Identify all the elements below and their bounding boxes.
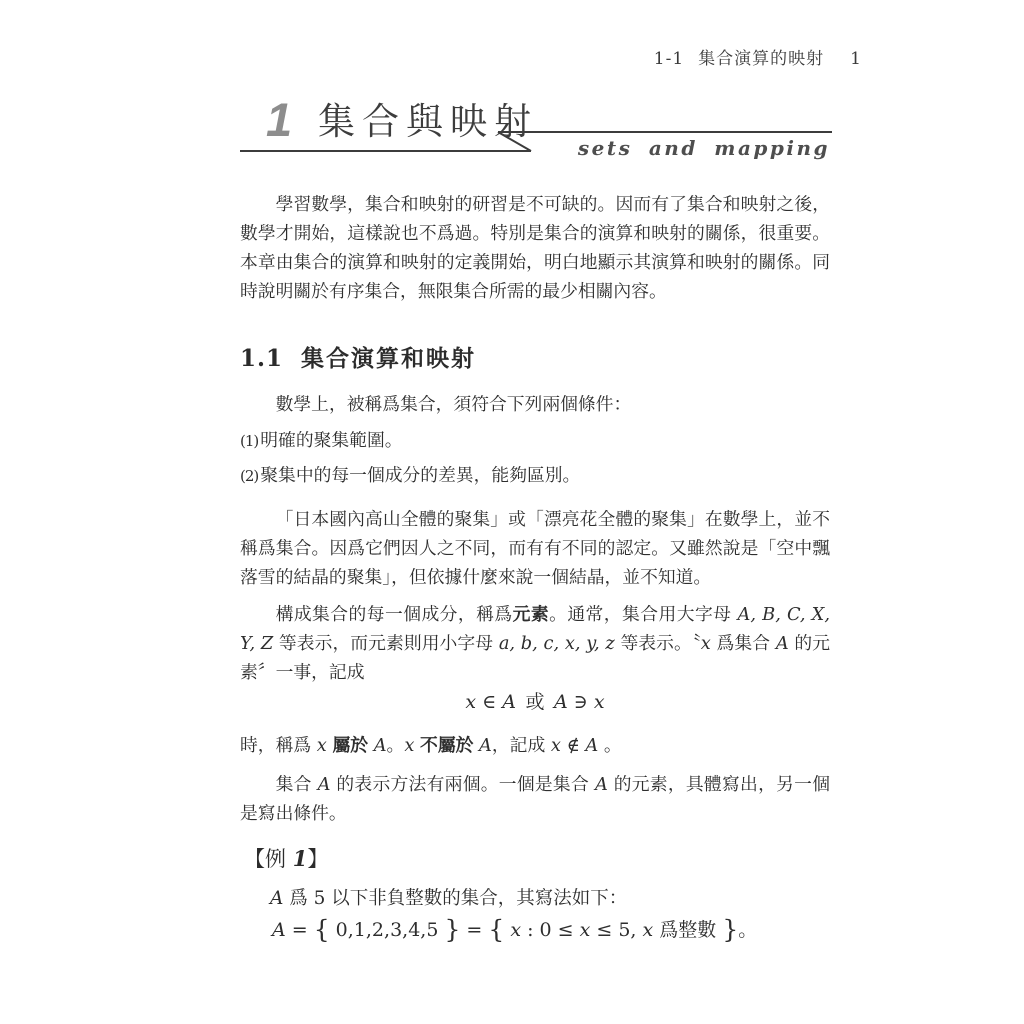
condition-2-marker: (2) bbox=[240, 467, 258, 485]
condition-1-marker: (1) bbox=[240, 432, 258, 450]
example-label: 【例 1】 bbox=[244, 845, 328, 873]
chapter-rule-line bbox=[240, 96, 832, 172]
chapter-banner: 1 集合與映射 sets and mapping bbox=[240, 96, 832, 172]
running-header-title: 集合演算的映射 bbox=[698, 49, 824, 69]
section-title: 集合演算和映射 bbox=[301, 345, 476, 372]
condition-item-1: (1)明確的聚集範圍。 bbox=[240, 426, 830, 456]
condition-2-text: 聚集中的每一個成分的差異，能夠區別。 bbox=[260, 465, 580, 486]
section-number: 1.1 bbox=[240, 345, 283, 372]
paragraph-representation: 集合 A 的表示方法有兩個。一個是集合 A 的元素，具體寫出，另一個是寫出條件。 bbox=[240, 770, 830, 828]
running-header-section-number: 1-1 bbox=[654, 49, 684, 69]
page-number: 1 bbox=[850, 49, 862, 69]
paragraph-non-set-examples: 「日本國內高山全體的聚集」或「漂亮花全體的聚集」在數學上，並不稱爲集合。因爲它們… bbox=[240, 505, 830, 592]
paragraph-belongs: 時，稱爲 x 屬於 A。x 不屬於 A，記成 x ∉ A 。 bbox=[240, 731, 830, 760]
section-heading: 1.1集合演算和映射 bbox=[240, 344, 476, 374]
formula-set-membership: x ∈ A 或 A ∋ x bbox=[240, 688, 830, 717]
intro-paragraph: 學習數學，集合和映射的研習是不可缺的。因而有了集合和映射之後，數學才開始，這樣說… bbox=[240, 190, 830, 306]
running-header: 1-1集合演算的映射1 bbox=[654, 44, 862, 69]
condition-1-text: 明確的聚集範圍。 bbox=[260, 430, 402, 451]
conditions-lead: 數學上，被稱爲集合，須符合下列兩個條件： bbox=[240, 390, 830, 419]
example-line-2: A = { 0,1,2,3,4,5 } = { x : 0 ≤ x ≤ 5, x… bbox=[240, 916, 830, 945]
paragraph-elements: 構成集合的每一個成分，稱爲元素。通常，集合用大字母 A, B, C, X, Y,… bbox=[240, 600, 830, 687]
condition-item-2: (2)聚集中的每一個成分的差異，能夠區別。 bbox=[240, 461, 830, 491]
chapter-subtitle: sets and mapping bbox=[578, 136, 830, 160]
example-line-1: A 爲 5 以下非負整數的集合，其寫法如下： bbox=[240, 884, 830, 913]
